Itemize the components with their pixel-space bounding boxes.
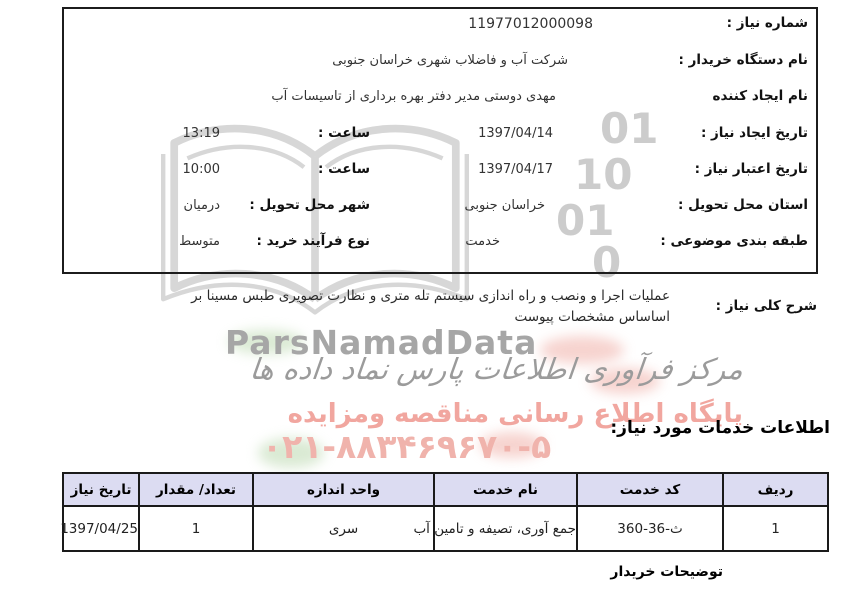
cell-service-name: جمع آوری، تصیفه و تامین آب <box>434 506 577 551</box>
header-quantity: تعداد/ مقدار <box>139 473 253 506</box>
header-row-number: ردیف <box>723 473 828 506</box>
cell-unit: سری <box>253 506 434 551</box>
need-description-line2: اساساس مشخصات پیوست <box>146 307 670 328</box>
header-service-name: نام خدمت <box>434 473 577 506</box>
procurement-document: { "info_box": { "rows": [ {"label": "شما… <box>0 0 858 603</box>
create-date-value: 1397/04/14 <box>478 126 553 141</box>
phone-watermark: ۰۲۱-۸۸۳۴۶۹۶۷۰-۵ <box>262 427 551 466</box>
creator-name-label: نام ایجاد کننده <box>713 88 809 104</box>
create-time-value: 13:19 <box>183 126 220 141</box>
header-need-date: تاریخ نیاز <box>63 473 139 506</box>
purchase-process-label: نوع فرآیند خرید : <box>257 233 371 249</box>
subject-category-label: طبقه بندی موضوعی : <box>660 233 808 249</box>
need-description-label: شرح کلی نیاز : <box>716 298 817 314</box>
delivery-province-value: خراسان جنوبی <box>465 198 545 213</box>
delivery-province-label: استان محل تحویل : <box>678 197 808 213</box>
services-table-header-row: ردیف کد خدمت نام خدمت واحد اندازه تعداد/… <box>63 473 828 506</box>
buyer-name-value: شرکت آب و فاضلاب شهری خراسان جنوبی <box>332 53 568 68</box>
header-service-code: کد خدمت <box>577 473 723 506</box>
cell-service-code: ث-36-360 <box>577 506 723 551</box>
expire-time-label: ساعت : <box>318 161 370 177</box>
header-unit: واحد اندازه <box>253 473 434 506</box>
creator-name-value: مهدی دوستی مدیر دفتر بهره برداری از تاسی… <box>271 89 556 104</box>
expire-date-value: 1397/04/17 <box>478 162 553 177</box>
subject-category-value: خدمت <box>465 234 500 249</box>
expire-date-label: تاریخ اعتبار نیاز : <box>695 161 808 177</box>
need-number-value: 11977012000098 <box>468 16 593 32</box>
services-table-data-row: 1 ث-36-360 جمع آوری، تصیفه و تامین آب سر… <box>63 506 828 551</box>
expire-time-value: 10:00 <box>183 162 220 177</box>
need-number-label: شماره نیاز : <box>727 15 808 31</box>
need-description-text: عملیات اجرا و ونصب و راه اندازی سیستم تل… <box>146 286 670 328</box>
services-table: ردیف کد خدمت نام خدمت واحد اندازه تعداد/… <box>62 472 829 552</box>
services-section-heading: اطلاعات خدمات مورد نیاز: <box>610 418 830 438</box>
cell-need-date: 1397/04/25 <box>63 506 139 551</box>
cell-quantity: 1 <box>139 506 253 551</box>
create-time-label: ساعت : <box>318 125 370 141</box>
delivery-city-value: درمیان <box>184 198 220 213</box>
buyer-notes-heading: توضیحات خریدار <box>610 564 723 580</box>
purchase-process-value: متوسط <box>179 234 220 249</box>
need-description-line1: عملیات اجرا و ونصب و راه اندازی سیستم تل… <box>146 286 670 307</box>
delivery-city-label: شهر محل تحویل : <box>249 197 370 213</box>
calligraphy-watermark: مرکز فرآوری اطلاعات پارس نماد داده ها <box>248 352 745 386</box>
create-date-label: تاریخ ایجاد نیاز : <box>701 125 808 141</box>
cell-row-number: 1 <box>723 506 828 551</box>
buyer-name-label: نام دستگاه خریدار : <box>678 52 808 68</box>
